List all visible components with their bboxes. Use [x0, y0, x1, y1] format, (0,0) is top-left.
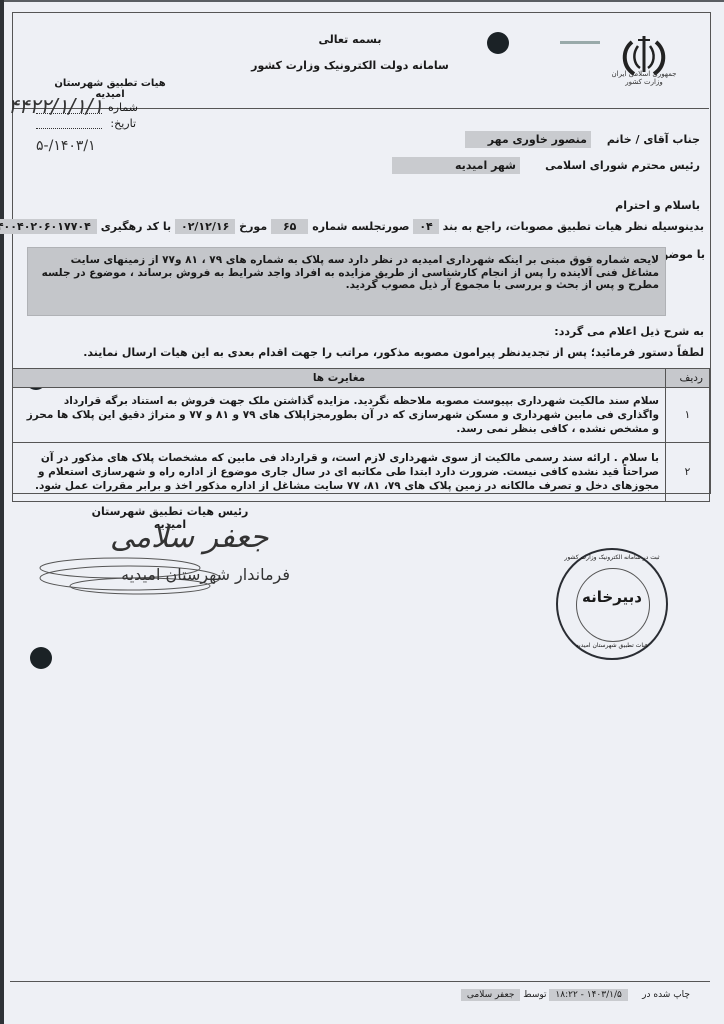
bismillah: بسمه تعالی	[300, 33, 400, 46]
signatory-position: فرماندار شهرستان امیدیه	[110, 565, 290, 584]
printed-datetime: ۱۴۰۳/۱/۵ - ۱۸:۲۲	[549, 989, 627, 1001]
tracking-code: ۴۰۰۴۰۲۰۶۰۱۷۷۰۴	[0, 219, 97, 234]
stamp-center: دبیرخانه	[558, 588, 666, 606]
row-text: با سلام . ارائه سند رسمی مالکیت از سوی ش…	[13, 443, 666, 502]
emblem-caption: جمهوری اسلامی ایران وزارت کشور	[608, 70, 680, 86]
scan-edge-left	[0, 0, 4, 1024]
system-name: سامانه دولت الکترونیک وزارت کشور	[250, 59, 450, 72]
row-index: ۱	[666, 388, 710, 443]
stamp-ring-bottom: هیات تطبیق شهرستان امیدیه	[564, 642, 660, 649]
secretariat-stamp: ثبت در سامانه الکترونیک وزارت کشور دبیرخ…	[556, 548, 668, 660]
number-label: شماره	[108, 101, 138, 114]
clause-number: ۰۴	[413, 219, 438, 234]
tracking-label: با کد رهگیری	[101, 220, 171, 233]
subject-box: لایحه شماره فوق مبنی بر اینکه شهرداری ام…	[27, 247, 666, 316]
recipient-title-label: رئیس محترم شورای اسلامی	[520, 159, 700, 172]
printed-by: جعفر سلامی	[461, 989, 521, 1001]
column-header-discrepancies: مغایرت ها	[13, 369, 666, 388]
recipient-title-value: شهر امیدیه	[392, 157, 520, 174]
row-text: سلام سند مالکیت شهرداری بپیوست مصوبه ملا…	[13, 388, 666, 443]
number-value: ۴۴۲۲/۱/۱/۱	[8, 94, 103, 118]
date-label: تاریخ:	[100, 117, 136, 130]
print-footer: چاپ شده در ۱۴۰۳/۱/۵ - ۱۸:۲۲ توسط جعفر سل…	[400, 990, 690, 1000]
table-row: ۱ سلام سند مالکیت شهرداری بپیوست مصوبه م…	[13, 388, 710, 443]
header-decoration	[560, 41, 600, 44]
footer-rule	[10, 981, 710, 982]
recipient-name: منصور خاوری مهر	[465, 131, 591, 148]
by-label: توسط	[523, 990, 546, 1000]
minutes-number: ۶۵	[271, 219, 308, 234]
date-value: ۱۴۰۳/۱/-۵	[36, 138, 96, 154]
announce-line: به شرح ذیل اعلام می گردد:	[430, 325, 704, 338]
dated-label: مورخ	[239, 220, 267, 233]
stamp-ring-top: ثبت در سامانه الکترونیک وزارت کشور	[564, 554, 660, 561]
instruction-line: لطفاً دستور فرمائید؛ پس از تجدیدنظر پیرا…	[190, 346, 704, 359]
intro-prefix: بدینوسیله نظر هیات تطبیق مصوبات، راجع به…	[443, 220, 704, 233]
minutes-label: صورتجلسه شماره	[312, 220, 409, 233]
punch-hole-low	[30, 647, 52, 669]
column-header-index: ردیف	[666, 369, 710, 388]
printed-label: چاپ شده در	[642, 990, 690, 1000]
subject-text: لایحه شماره فوق مبنی بر اینکه شهرداری ام…	[34, 254, 659, 292]
salutation-label: جناب آقای / خانم	[590, 133, 700, 146]
date-dots	[36, 128, 102, 129]
iran-emblem-icon	[616, 30, 672, 100]
table-row: ۲ با سلام . ارائه سند رسمی مالکیت از سوی…	[13, 443, 710, 502]
minutes-date: ۰۲/۱۲/۱۶	[175, 219, 235, 234]
greeting: باسلام و احترام	[560, 199, 700, 212]
discrepancies-table: ردیف مغایرت ها ۱ سلام سند مالکیت شهرداری…	[12, 368, 710, 502]
scan-edge-top	[0, 0, 724, 2]
row-index: ۲	[666, 443, 710, 502]
number-dots	[36, 113, 102, 114]
intro-line: بدینوسیله نظر هیات تطبیق مصوبات، راجع به…	[14, 220, 704, 233]
